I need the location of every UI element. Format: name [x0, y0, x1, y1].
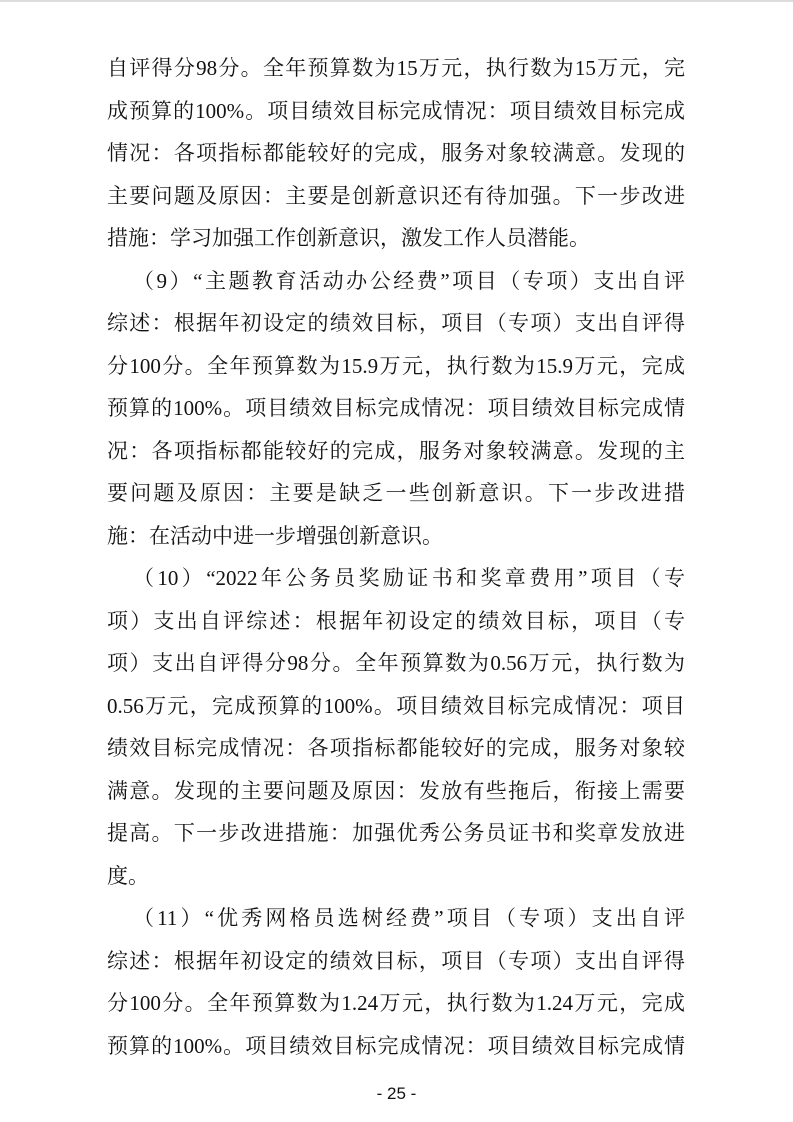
text-line: 项）支出自评综述：根据年初设定的绩效目标，项目（专: [107, 600, 685, 643]
text-line: 成预算的100%。项目绩效目标完成情况：项目绩效目标完成: [107, 90, 685, 133]
text-line: 满意。发现的主要问题及原因：发放有些拖后，衔接上需要: [107, 770, 685, 813]
text-line: （11）“优秀网格员选树经费”项目（专项）支出自评: [107, 897, 685, 940]
text-line: 0.56万元，完成预算的100%。项目绩效目标完成情况：项目: [107, 685, 685, 728]
text-line: 预算的100%。项目绩效目标完成情况：项目绩效目标完成情: [107, 387, 685, 430]
text-line: 综述：根据年初设定的绩效目标，项目（专项）支出自评得: [107, 302, 685, 345]
text-line: 措施：学习加强工作创新意识，激发工作人员潜能。: [107, 217, 685, 260]
text-line: 情况：各项指标都能较好的完成，服务对象较满意。发现的: [107, 132, 685, 175]
scan-artifact: [0, 0, 793, 2]
document-page: 自评得分98分。全年预算数为15万元，执行数为15万元，完成预算的100%。项目…: [0, 0, 793, 1122]
text-line: 提高。下一步改进措施：加强优秀公务员证书和奖章发放进: [107, 812, 685, 855]
text-line: 施：在活动中进一步增强创新意识。: [107, 515, 685, 558]
text-line: 主要问题及原因：主要是创新意识还有待加强。下一步改进: [107, 175, 685, 218]
text-line: 综述：根据年初设定的绩效目标，项目（专项）支出自评得: [107, 940, 685, 983]
text-line: 自评得分98分。全年预算数为15万元，执行数为15万元，完: [107, 47, 685, 90]
text-line: 分100分。全年预算数为1.24万元，执行数为1.24万元，完成: [107, 982, 685, 1025]
text-line: 项）支出自评得分98分。全年预算数为0.56万元，执行数为: [107, 642, 685, 685]
text-block: 自评得分98分。全年预算数为15万元，执行数为15万元，完成预算的100%。项目…: [107, 47, 685, 1067]
page-footer: - 25 -: [0, 1084, 793, 1104]
text-line: 况：各项指标都能较好的完成，服务对象较满意。发现的主: [107, 430, 685, 473]
text-line: 要问题及原因：主要是缺乏一些创新意识。下一步改进措: [107, 472, 685, 515]
text-line: 分100分。全年预算数为15.9万元，执行数为15.9万元，完成: [107, 345, 685, 388]
text-line: 绩效目标完成情况：各项指标都能较好的完成，服务对象较: [107, 727, 685, 770]
page-number: - 25 -: [377, 1084, 417, 1103]
text-line: （9）“主题教育活动办公经费”项目（专项）支出自评: [107, 260, 685, 303]
text-line: （10）“2022年公务员奖励证书和奖章费用”项目（专: [107, 557, 685, 600]
text-line: 预算的100%。项目绩效目标完成情况：项目绩效目标完成情: [107, 1025, 685, 1068]
text-line: 度。: [107, 855, 685, 898]
